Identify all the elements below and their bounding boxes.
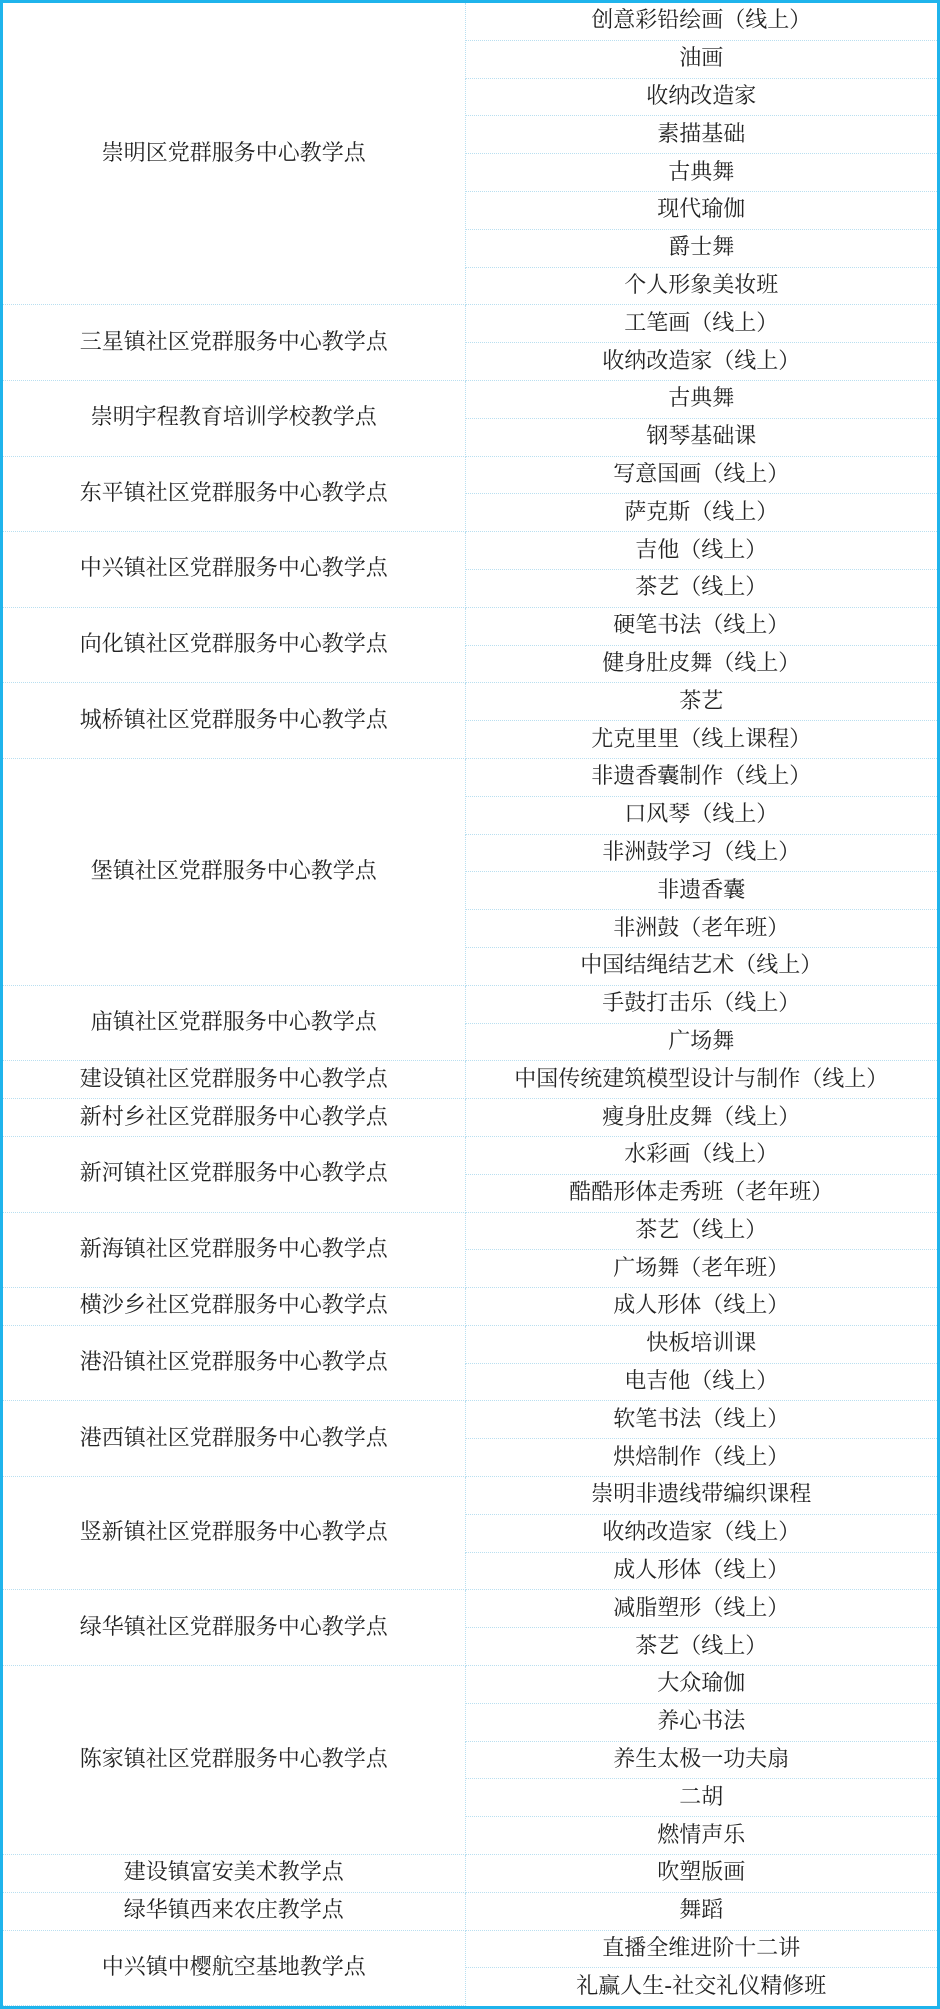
site-name-cell: 庙镇社区党群服务中心教学点 bbox=[3, 985, 465, 1061]
course-name-cell: 个人形象美妆班 bbox=[465, 267, 937, 305]
course-name-cell: 大众瑜伽 bbox=[465, 1666, 937, 1704]
table-row: 东平镇社区党群服务中心教学点写意国画（线上） bbox=[3, 456, 937, 494]
course-name-cell: 工笔画（线上） bbox=[465, 305, 937, 343]
course-name-cell: 电吉他（线上） bbox=[465, 1363, 937, 1401]
schedule-body: 崇明区党群服务中心教学点创意彩铅绘画（线上）油画收纳改造家素描基础古典舞现代瑜伽… bbox=[3, 3, 937, 2005]
course-name-cell: 硬笔书法（线上） bbox=[465, 607, 937, 645]
table-row: 中兴镇社区党群服务中心教学点吉他（线上） bbox=[3, 532, 937, 570]
course-name-cell: 古典舞 bbox=[465, 380, 937, 418]
course-name-cell: 尤克里里（线上课程） bbox=[465, 721, 937, 759]
table-row: 三星镇社区党群服务中心教学点工笔画（线上） bbox=[3, 305, 937, 343]
table-row: 中兴镇中樱航空基地教学点直播全维进阶十二讲 bbox=[3, 1930, 937, 1968]
table-row: 新海镇社区党群服务中心教学点茶艺（线上） bbox=[3, 1212, 937, 1250]
table-row: 向化镇社区党群服务中心教学点硬笔书法（线上） bbox=[3, 607, 937, 645]
course-name-cell: 手鼓打击乐（线上） bbox=[465, 985, 937, 1023]
course-name-cell: 养生太极一功夫扇 bbox=[465, 1741, 937, 1779]
table-row: 横沙乡社区党群服务中心教学点成人形体（线上） bbox=[3, 1288, 937, 1326]
site-name-cell: 堡镇社区党群服务中心教学点 bbox=[3, 758, 465, 985]
site-name-cell: 新海镇社区党群服务中心教学点 bbox=[3, 1212, 465, 1288]
course-name-cell: 成人形体（线上） bbox=[465, 1288, 937, 1326]
table-row: 新河镇社区党群服务中心教学点水彩画（线上） bbox=[3, 1136, 937, 1174]
site-name-cell: 向化镇社区党群服务中心教学点 bbox=[3, 607, 465, 683]
site-name-cell: 陈家镇社区党群服务中心教学点 bbox=[3, 1666, 465, 1855]
course-name-cell: 吹塑版画 bbox=[465, 1855, 937, 1893]
table-row: 崇明宇程教育培训学校教学点古典舞 bbox=[3, 380, 937, 418]
site-name-cell: 建设镇社区党群服务中心教学点 bbox=[3, 1061, 465, 1099]
site-name-cell: 崇明区党群服务中心教学点 bbox=[3, 3, 465, 305]
course-name-cell: 素描基础 bbox=[465, 116, 937, 154]
course-name-cell: 广场舞 bbox=[465, 1023, 937, 1061]
course-name-cell: 茶艺（线上） bbox=[465, 1628, 937, 1666]
course-name-cell: 非洲鼓（老年班） bbox=[465, 910, 937, 948]
site-name-cell: 三星镇社区党群服务中心教学点 bbox=[3, 305, 465, 381]
site-name-cell: 中兴镇中樱航空基地教学点 bbox=[3, 1930, 465, 2005]
site-name-cell: 港沿镇社区党群服务中心教学点 bbox=[3, 1325, 465, 1401]
table-row: 港西镇社区党群服务中心教学点软笔书法（线上） bbox=[3, 1401, 937, 1439]
course-name-cell: 礼赢人生-社交礼仪精修班 bbox=[465, 1968, 937, 2005]
table-row: 庙镇社区党群服务中心教学点手鼓打击乐（线上） bbox=[3, 985, 937, 1023]
site-name-cell: 港西镇社区党群服务中心教学点 bbox=[3, 1401, 465, 1477]
schedule-table-frame: 崇明区党群服务中心教学点创意彩铅绘画（线上）油画收纳改造家素描基础古典舞现代瑜伽… bbox=[0, 0, 940, 2009]
course-name-cell: 中国结绳结艺术（线上） bbox=[465, 947, 937, 985]
course-name-cell: 现代瑜伽 bbox=[465, 191, 937, 229]
course-name-cell: 爵士舞 bbox=[465, 229, 937, 267]
course-name-cell: 吉他（线上） bbox=[465, 532, 937, 570]
table-row: 绿华镇西来农庄教学点舞蹈 bbox=[3, 1892, 937, 1930]
course-name-cell: 直播全维进阶十二讲 bbox=[465, 1930, 937, 1968]
site-name-cell: 新村乡社区党群服务中心教学点 bbox=[3, 1099, 465, 1137]
table-row: 新村乡社区党群服务中心教学点瘦身肚皮舞（线上） bbox=[3, 1099, 937, 1137]
course-name-cell: 水彩画（线上） bbox=[465, 1136, 937, 1174]
site-name-cell: 绿华镇西来农庄教学点 bbox=[3, 1892, 465, 1930]
course-name-cell: 二胡 bbox=[465, 1779, 937, 1817]
course-name-cell: 软笔书法（线上） bbox=[465, 1401, 937, 1439]
course-name-cell: 养心书法 bbox=[465, 1703, 937, 1741]
course-name-cell: 茶艺（线上） bbox=[465, 1212, 937, 1250]
course-name-cell: 健身肚皮舞（线上） bbox=[465, 645, 937, 683]
table-row: 陈家镇社区党群服务中心教学点大众瑜伽 bbox=[3, 1666, 937, 1704]
course-name-cell: 萨克斯（线上） bbox=[465, 494, 937, 532]
course-name-cell: 茶艺 bbox=[465, 683, 937, 721]
table-row: 绿华镇社区党群服务中心教学点减脂塑形（线上） bbox=[3, 1590, 937, 1628]
site-name-cell: 绿华镇社区党群服务中心教学点 bbox=[3, 1590, 465, 1666]
site-name-cell: 新河镇社区党群服务中心教学点 bbox=[3, 1136, 465, 1212]
course-name-cell: 油画 bbox=[465, 40, 937, 78]
course-name-cell: 酷酷形体走秀班（老年班） bbox=[465, 1174, 937, 1212]
course-name-cell: 钢琴基础课 bbox=[465, 418, 937, 456]
course-name-cell: 茶艺（线上） bbox=[465, 569, 937, 607]
course-name-cell: 收纳改造家 bbox=[465, 78, 937, 116]
course-name-cell: 写意国画（线上） bbox=[465, 456, 937, 494]
course-name-cell: 创意彩铅绘画（线上） bbox=[465, 3, 937, 40]
course-name-cell: 瘦身肚皮舞（线上） bbox=[465, 1099, 937, 1137]
table-row: 城桥镇社区党群服务中心教学点茶艺 bbox=[3, 683, 937, 721]
course-name-cell: 口风琴（线上） bbox=[465, 796, 937, 834]
course-name-cell: 减脂塑形（线上） bbox=[465, 1590, 937, 1628]
course-name-cell: 烘焙制作（线上） bbox=[465, 1439, 937, 1477]
site-name-cell: 东平镇社区党群服务中心教学点 bbox=[3, 456, 465, 532]
course-name-cell: 收纳改造家（线上） bbox=[465, 1514, 937, 1552]
course-name-cell: 非遗香囊 bbox=[465, 872, 937, 910]
site-name-cell: 横沙乡社区党群服务中心教学点 bbox=[3, 1288, 465, 1326]
course-name-cell: 非遗香囊制作（线上） bbox=[465, 758, 937, 796]
table-row: 建设镇社区党群服务中心教学点中国传统建筑模型设计与制作（线上） bbox=[3, 1061, 937, 1099]
course-name-cell: 燃情声乐 bbox=[465, 1817, 937, 1855]
course-name-cell: 非洲鼓学习（线上） bbox=[465, 834, 937, 872]
course-name-cell: 中国传统建筑模型设计与制作（线上） bbox=[465, 1061, 937, 1099]
table-row: 建设镇富安美术教学点吹塑版画 bbox=[3, 1855, 937, 1893]
course-name-cell: 崇明非遗线带编织课程 bbox=[465, 1477, 937, 1515]
site-name-cell: 中兴镇社区党群服务中心教学点 bbox=[3, 532, 465, 608]
course-schedule-table: 崇明区党群服务中心教学点创意彩铅绘画（线上）油画收纳改造家素描基础古典舞现代瑜伽… bbox=[3, 3, 937, 2006]
table-row: 堡镇社区党群服务中心教学点非遗香囊制作（线上） bbox=[3, 758, 937, 796]
course-name-cell: 古典舞 bbox=[465, 154, 937, 192]
table-row: 竖新镇社区党群服务中心教学点崇明非遗线带编织课程 bbox=[3, 1477, 937, 1515]
course-name-cell: 广场舞（老年班） bbox=[465, 1250, 937, 1288]
course-name-cell: 快板培训课 bbox=[465, 1325, 937, 1363]
site-name-cell: 建设镇富安美术教学点 bbox=[3, 1855, 465, 1893]
table-row: 港沿镇社区党群服务中心教学点快板培训课 bbox=[3, 1325, 937, 1363]
site-name-cell: 城桥镇社区党群服务中心教学点 bbox=[3, 683, 465, 759]
site-name-cell: 崇明宇程教育培训学校教学点 bbox=[3, 380, 465, 456]
course-name-cell: 收纳改造家（线上） bbox=[465, 343, 937, 381]
course-name-cell: 成人形体（线上） bbox=[465, 1552, 937, 1590]
course-name-cell: 舞蹈 bbox=[465, 1892, 937, 1930]
table-row: 崇明区党群服务中心教学点创意彩铅绘画（线上） bbox=[3, 3, 937, 40]
site-name-cell: 竖新镇社区党群服务中心教学点 bbox=[3, 1477, 465, 1590]
